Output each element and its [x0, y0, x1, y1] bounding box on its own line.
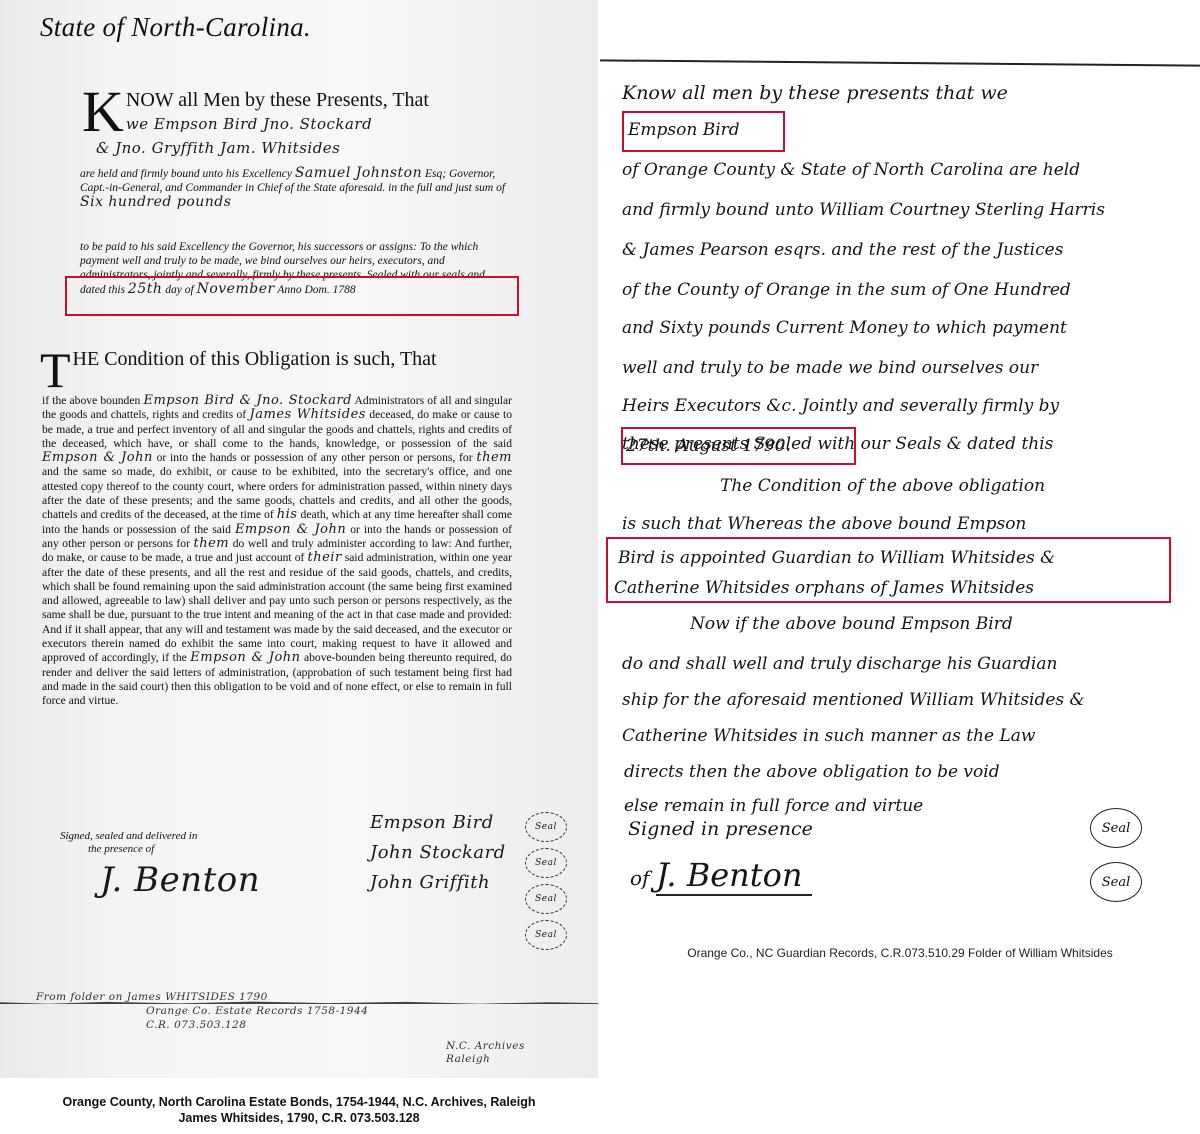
left-caption-line-2: James Whitsides, 1790, C.R. 073.503.128	[0, 1110, 598, 1126]
left-caption-line-1: Orange County, North Carolina Estate Bon…	[0, 1094, 598, 1110]
condition-hand-3: them	[476, 450, 512, 465]
obligors-handwritten-1: we Empson Bird Jno. Stockard	[82, 112, 512, 136]
folder-note: From folder on James WHITSIDES 1790 Oran…	[36, 990, 368, 1032]
right-caption: Orange Co., NC Guardian Records, C.R.073…	[600, 946, 1200, 960]
condition-body: if the above bounden Empson Bird & Jno. …	[42, 394, 512, 709]
seal-icon: Seal	[525, 884, 567, 914]
condition-hand-7: their	[308, 550, 342, 565]
seal-icon: Seal	[1090, 862, 1142, 902]
deceased-name-handwritten: James Whitsides	[250, 407, 366, 422]
condition-text-8: said administration, within one year aft…	[42, 551, 512, 664]
witness-signature: J. Benton	[100, 860, 260, 900]
state-heading: State of North-Carolina.	[40, 12, 311, 43]
bond-line: Catherine Whitsides in such manner as th…	[622, 726, 1035, 746]
bond-line: else remain in full force and virtue	[624, 796, 923, 816]
seal-icon: Seal	[525, 920, 567, 950]
signed-label-1: Signed, sealed and delivered in	[60, 830, 197, 843]
condition-heading: T HE Condition of this Obligation is suc…	[40, 348, 515, 392]
condition-hand-8: Empson & John	[190, 650, 300, 665]
folder-note-line: From folder on James WHITSIDES 1790	[36, 990, 368, 1004]
torn-edge	[600, 59, 1200, 66]
signed-label-2: the presence of	[60, 843, 197, 856]
condition-hand-2: Empson & John	[42, 450, 153, 465]
bond-line: of the County of Orange in the sum of On…	[622, 280, 1071, 300]
condition-hand-4: his	[277, 507, 298, 522]
dropcap-k: K	[82, 88, 124, 136]
bond-line: Now if the above bound Empson Bird	[690, 614, 1013, 634]
know-all-men-clause: K NOW all Men by these Presents, That we…	[82, 88, 512, 160]
witness-signature: J. Benton	[656, 856, 812, 896]
archive-note: N.C. Archives Raleigh	[446, 1040, 525, 1066]
condition-hand-6: them	[194, 536, 230, 551]
bond-line: and Sixty pounds Current Money to which …	[622, 318, 1067, 338]
highlight-guardian-appointment	[606, 537, 1171, 603]
condition-lead-text: HE Condition of this Obligation is such,…	[73, 348, 437, 370]
highlight-right-date	[621, 427, 856, 465]
highlight-obligor-name	[622, 111, 785, 152]
obligors-handwritten-2: & Jno. Gryffith Jam. Whitsides	[82, 136, 512, 160]
left-caption: Orange County, North Carolina Estate Bon…	[0, 1094, 598, 1126]
know-lead-text: NOW all Men by these Presents, That	[126, 89, 429, 111]
estate-bond-scan: State of North-Carolina. K NOW all Men b…	[0, 0, 598, 1078]
signed-of-label: of	[630, 866, 649, 890]
condition-hand-5: Empson & John	[235, 522, 346, 537]
bond-line: well and truly to be made we bind oursel…	[622, 358, 1038, 378]
folder-note-line: C.R. 073.503.128	[36, 1018, 368, 1032]
bond-line: is such that Whereas the above bound Emp…	[622, 514, 1026, 534]
seal-icon: Seal	[525, 848, 567, 878]
bond-line: directs then the above obligation to be …	[624, 762, 1000, 782]
bond-line: and firmly bound unto William Courtney S…	[622, 200, 1105, 220]
archive-note-line: Raleigh	[446, 1053, 525, 1066]
bond-line: Know all men by these presents that we	[622, 82, 1008, 104]
sum-handwritten: Six hundred pounds	[80, 194, 231, 210]
highlight-left-date	[65, 276, 519, 316]
bound-text-1: are held and firmly bound unto his Excel…	[80, 168, 292, 180]
governor-name-handwritten: Samuel Johnston	[295, 165, 422, 181]
condition-text-3: or into the hands or possession of any o…	[157, 451, 473, 464]
signed-sealed-label: Signed, sealed and delivered in the pres…	[60, 830, 197, 856]
condition-bounden: if the above bounden	[42, 394, 140, 407]
bond-line: of Orange County & State of North Caroli…	[622, 160, 1080, 180]
seal-column: Seal Seal Seal Seal	[525, 812, 575, 956]
condition-names-handwritten: Empson Bird & Jno. Stockard	[143, 393, 352, 408]
dropcap-t: T	[40, 348, 71, 392]
folder-note-line: Orange Co. Estate Records 1758-1944	[36, 1004, 368, 1018]
bond-line: Heirs Executors &c. Jointly and severall…	[622, 396, 1059, 416]
seal-icon: Seal	[1090, 808, 1142, 848]
archive-note-line: N.C. Archives	[446, 1040, 525, 1053]
bond-line: do and shall well and truly discharge hi…	[622, 654, 1057, 674]
seal-icon: Seal	[525, 812, 567, 842]
bond-line: & James Pearson esqrs. and the rest of t…	[622, 240, 1063, 260]
bond-line: ship for the aforesaid mentioned William…	[622, 690, 1085, 710]
bond-line-condition: The Condition of the above obligation	[720, 476, 1045, 496]
bound-clause: are held and firmly bound unto his Excel…	[80, 166, 510, 210]
signed-in-presence-label: Signed in presence	[628, 818, 813, 840]
